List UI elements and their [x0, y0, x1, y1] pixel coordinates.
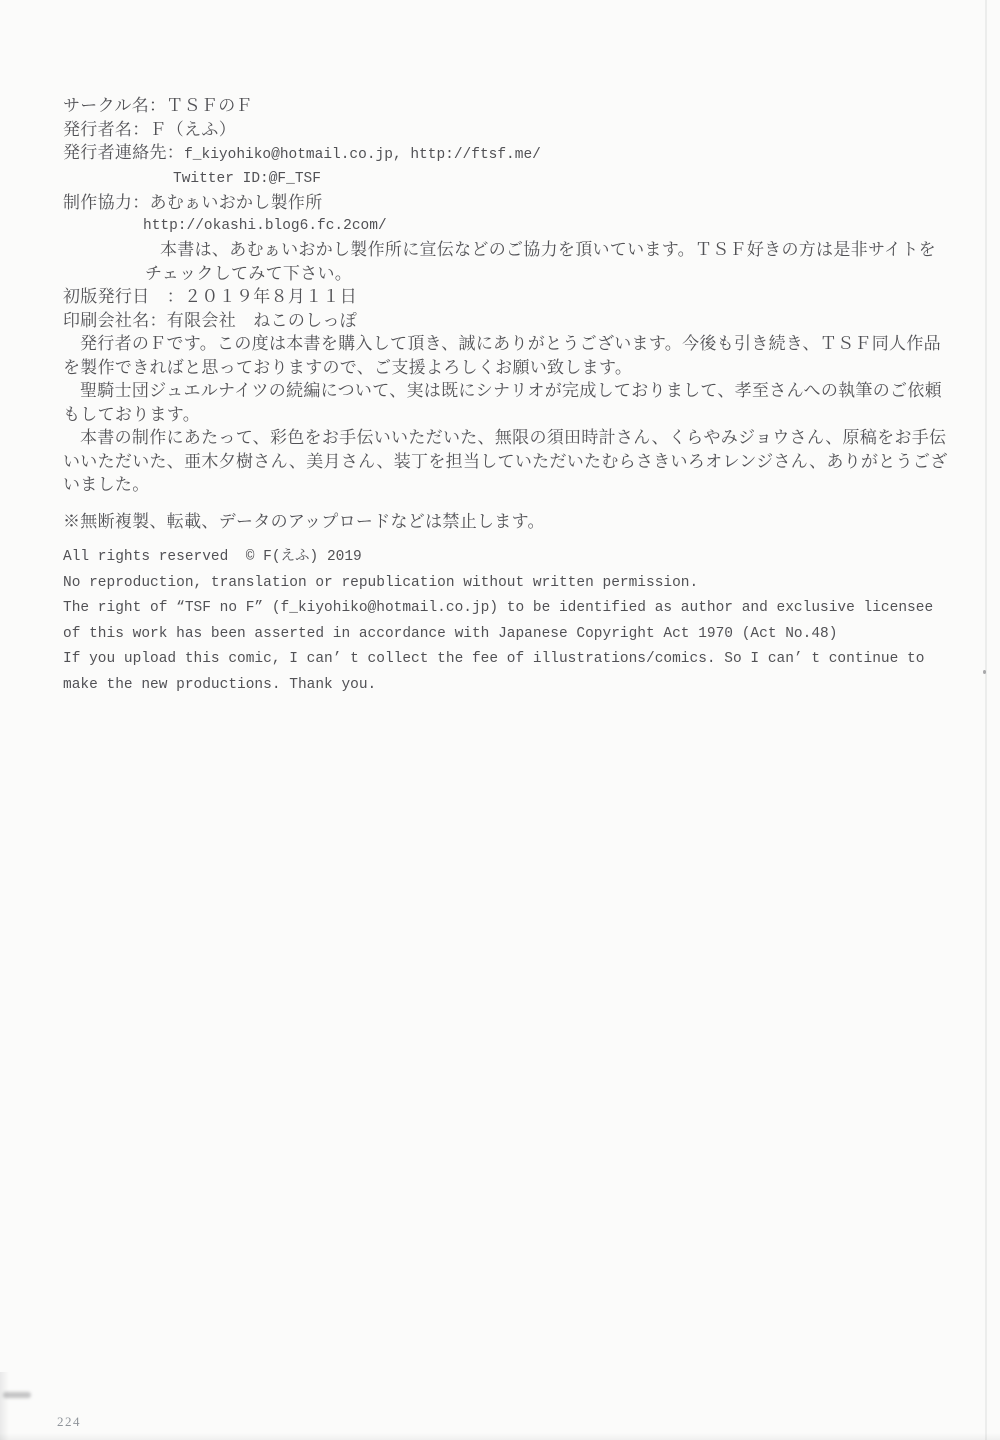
prohibition-notice-line: ※無断複製、転載、データのアップロードなどは禁止します。: [63, 510, 953, 534]
contact-email-and-url: f_kiyohiko@hotmail.co.jp, http://ftsf.me…: [184, 147, 541, 163]
colophon: サークル名：ＴＳＦのＦ 発行者名：Ｆ（えふ） 発行者連絡先：f_kiyohiko…: [63, 94, 953, 698]
first-edition-date-line: 初版発行日 ：２０１９年８月１１日: [63, 285, 953, 309]
afterword-line: もしております。: [63, 403, 953, 427]
cooperation-note-line-2: チェックしてみて下さい。: [63, 262, 953, 286]
afterword-line: 発行者のＦです。この度は本書を購入して頂き、誠にありがとうございます。今後も引き…: [63, 332, 953, 356]
copyright-line: The right of “TSF no F” (f_kiyohiko@hotm…: [63, 596, 953, 622]
contact-line: 発行者連絡先：f_kiyohiko@hotmail.co.jp, http://…: [63, 141, 953, 168]
publisher-name-line: 発行者名：Ｆ（えふ）: [63, 118, 953, 142]
copyright-line: make the new productions. Thank you.: [63, 673, 953, 699]
circle-name-line: サークル名：ＴＳＦのＦ: [63, 94, 953, 118]
copyright-line: No reproduction, translation or republic…: [63, 571, 953, 597]
afterword-line: を製作できればと思っておりますので、ご支援よろしくお願い致します。: [63, 356, 953, 380]
scan-speck-artifact: [983, 670, 986, 674]
scanned-document-page: { "page_number": "224", "colophon": { "c…: [0, 0, 1000, 1440]
page-number: 224: [57, 1414, 81, 1430]
afterword-line: いいただいた、亜木夕樹さん、美月さん、装丁を担当していただいたむらさきいろオレン…: [63, 450, 953, 474]
copyright-line: All rights reserved © F(えふ) 2019: [63, 545, 953, 571]
afterword-line: 本書の制作にあたって、彩色をお手伝いいただいた、無限の須田時計さん、くらやみジョ…: [63, 426, 953, 450]
contact-label: 発行者連絡先：: [63, 143, 184, 162]
scan-edge-artifact-right: [985, 0, 987, 1440]
scan-edge-artifact-left: [0, 1372, 9, 1440]
cooperation-url-line: http://okashi.blog6.fc.2com/: [63, 215, 953, 239]
afterword-line: いました。: [63, 473, 953, 497]
afterword-line: 聖騎士団ジュエルナイツの続編について、実は既にシナリオが完成しておりまして、孝至…: [63, 379, 953, 403]
copyright-line: of this work has been asserted in accord…: [63, 622, 953, 648]
copyright-block: All rights reserved © F(えふ) 2019 No repr…: [63, 545, 953, 698]
cooperation-note-line-1: 本書は、あむぁいおかし製作所に宣伝などのご協力を頂いています。ＴＳＦ好きの方は是…: [63, 238, 953, 262]
printer-line: 印刷会社名：有限会社 ねこのしっぽ: [63, 309, 953, 333]
cooperation-line: 制作協力：あむぁいおかし製作所: [63, 191, 953, 215]
twitter-id-line: Twitter ID:@F_TSF: [63, 168, 953, 192]
scan-smudge-artifact: [3, 1392, 31, 1398]
copyright-line: If you upload this comic, I can’ t colle…: [63, 647, 953, 673]
scan-edge-artifact-bottom: [0, 1433, 1000, 1440]
